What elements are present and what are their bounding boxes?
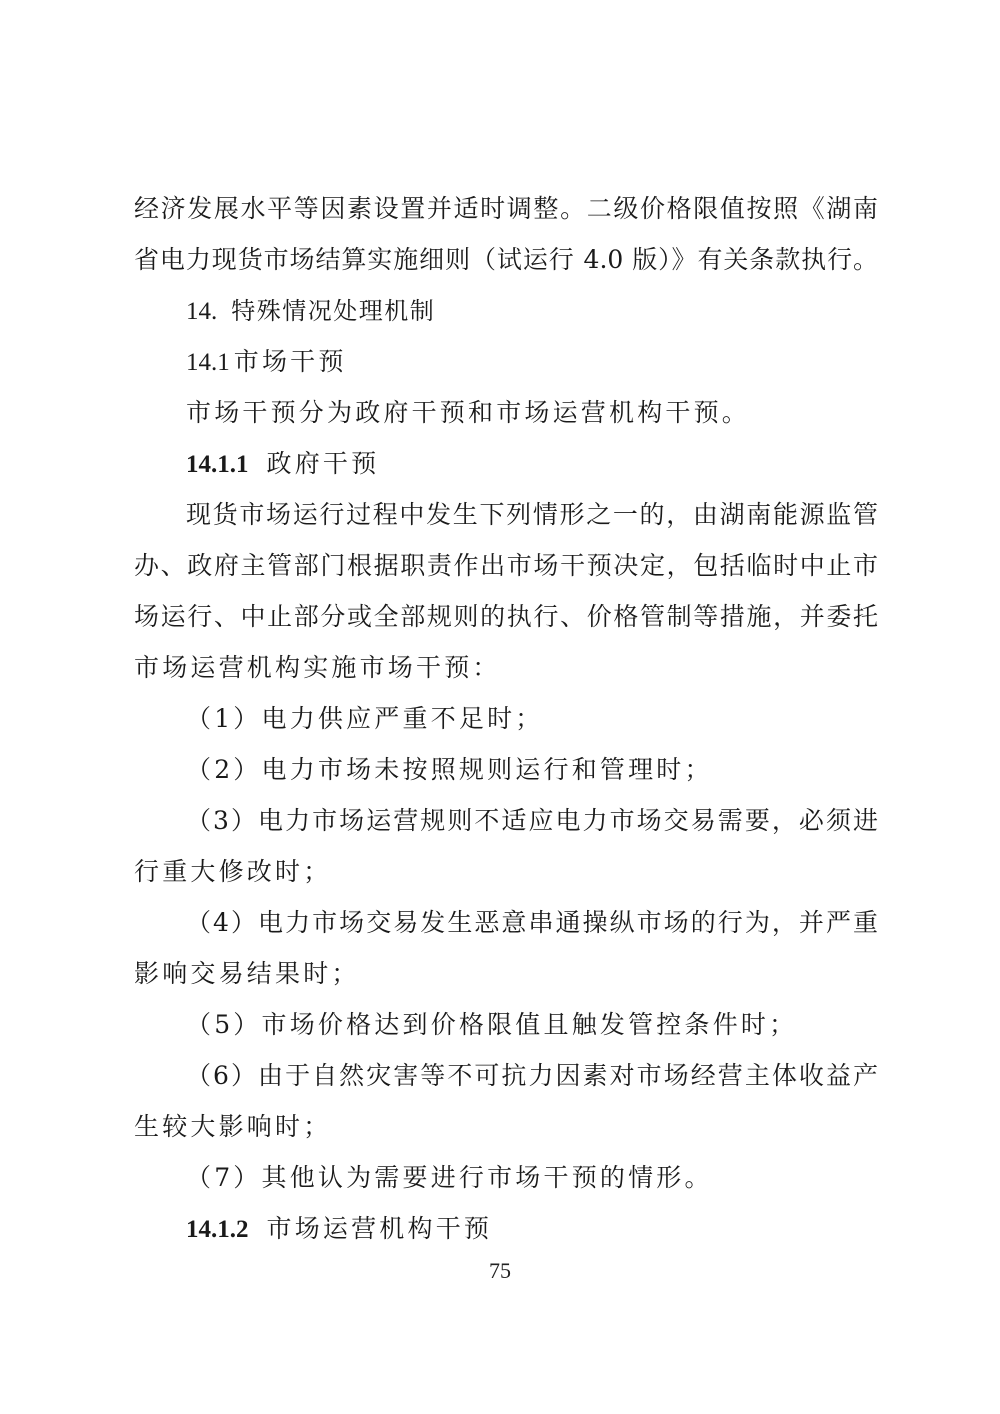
document-page: 经济发展水平等因素设置并适时调整。二级价格限值按照《湖南 省电力现货市场结算实施… bbox=[0, 0, 1000, 1414]
list-item-4-continued: 影响交易结果时； bbox=[134, 948, 878, 999]
section-heading-14-1-1: 14.1.1政府干预 bbox=[134, 438, 878, 489]
list-item-3-continued: 行重大修改时； bbox=[134, 846, 878, 897]
section-title: 政府干预 bbox=[267, 449, 380, 478]
list-item-3: （3）电力市场运营规则不适应电力市场交易需要，必须进 bbox=[134, 795, 878, 846]
list-item-4: （4）电力市场交易发生恶意串通操纵市场的行为，并严重 bbox=[134, 897, 878, 948]
list-item-2: （2）电力市场未按照规则运行和管理时； bbox=[134, 744, 878, 795]
paragraph-line: 办、政府主管部门根据职责作出市场干预决定，包括临时中止市 bbox=[134, 540, 878, 591]
section-title: 市场运营机构干预 bbox=[267, 1214, 493, 1243]
section-title: 特殊情况处理机制 bbox=[231, 297, 435, 325]
section-title: 市场干预 bbox=[234, 347, 347, 376]
list-item-6-continued: 生较大影响时； bbox=[134, 1101, 878, 1152]
list-item-1: （1）电力供应严重不足时； bbox=[134, 693, 878, 744]
paragraph-line: 现货市场运行过程中发生下列情形之一的，由湖南能源监管 bbox=[134, 489, 878, 540]
list-item-7: （7）其他认为需要进行市场干预的情形。 bbox=[134, 1152, 878, 1203]
list-item-6: （6）由于自然灾害等不可抗力因素对市场经营主体收益产 bbox=[134, 1050, 878, 1101]
paragraph-line: 经济发展水平等因素设置并适时调整。二级价格限值按照《湖南 bbox=[134, 183, 878, 234]
page-number: 75 bbox=[0, 1258, 1000, 1284]
section-number: 14.1.2 bbox=[186, 1216, 249, 1243]
section-heading-14: 14.特殊情况处理机制 bbox=[134, 285, 878, 336]
list-item-5: （5）市场价格达到价格限值且触发管控条件时； bbox=[134, 999, 878, 1050]
paragraph-line: 市场干预分为政府干预和市场运营机构干预。 bbox=[134, 387, 878, 438]
paragraph-line: 场运行、中止部分或全部规则的执行、价格管制等措施，并委托 bbox=[134, 591, 878, 642]
section-heading-14-1: 14.1市场干预 bbox=[134, 336, 878, 387]
paragraph-line: 市场运营机构实施市场干预： bbox=[134, 642, 878, 693]
section-number: 14. bbox=[186, 298, 217, 325]
section-number: 14.1.1 bbox=[186, 451, 249, 478]
paragraph-line: 省电力现货市场结算实施细则（试运行 4.0 版）》有关条款执行。 bbox=[134, 234, 878, 285]
section-number: 14.1 bbox=[186, 349, 230, 376]
section-heading-14-1-2: 14.1.2市场运营机构干预 bbox=[134, 1203, 878, 1254]
document-body: 经济发展水平等因素设置并适时调整。二级价格限值按照《湖南 省电力现货市场结算实施… bbox=[134, 183, 878, 1254]
